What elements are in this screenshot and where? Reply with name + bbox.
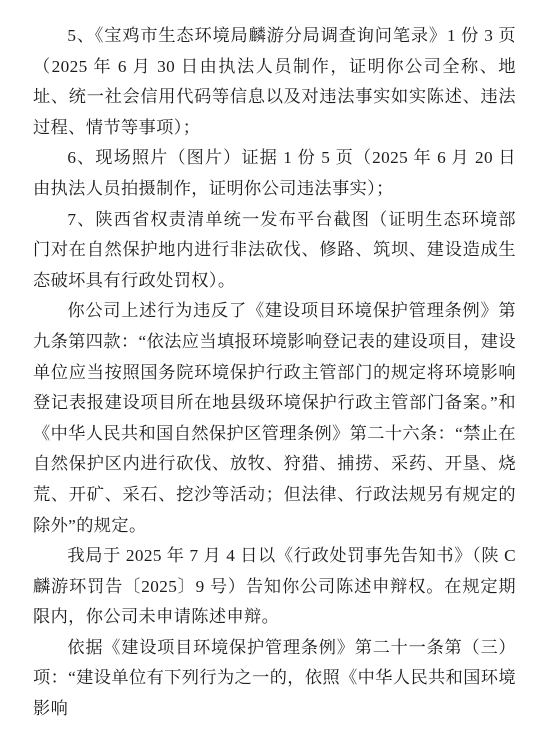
paragraph-legal-basis-statement: 依据《建设项目环境保护管理条例》第二十一条第（三）项：“建设单位有下列行为之一的… [33, 633, 516, 725]
paragraph-evidence-item-6: 6、现场照片（图片）证据 1 份 5 页（2025 年 6 月 20 日由执法人… [33, 143, 516, 204]
paragraph-violation-statement: 你公司上述行为违反了《建设项目环境保护管理条例》第九条第四款：“依法应当填报环境… [33, 296, 516, 541]
document-text-body: 5、《宝鸡市生态环境局麟游分局调查询问笔录》1 份 3 页（2025 年 6 月… [33, 21, 516, 725]
paragraph-evidence-item-7: 7、陕西省权责清单统一发布平台截图（证明生态环境部门对在自然保护地内进行非法砍伐… [33, 205, 516, 297]
document-page: 5、《宝鸡市生态环境局麟游分局调查询问笔录》1 份 3 页（2025 年 6 月… [0, 0, 552, 737]
paragraph-evidence-item-5: 5、《宝鸡市生态环境局麟游分局调查询问笔录》1 份 3 页（2025 年 6 月… [33, 21, 516, 143]
paragraph-prior-notice-statement: 我局于 2025 年 7 月 4 日以《行政处罚事先告知书》（陕 C 麟游环罚告… [33, 541, 516, 633]
